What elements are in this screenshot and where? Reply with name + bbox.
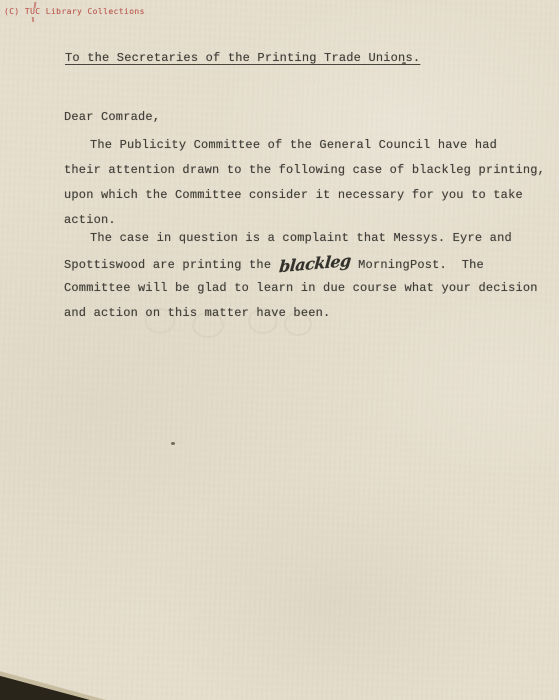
ghost-impression: [145, 308, 175, 334]
handwritten-insertion: blackleg: [279, 254, 352, 274]
paper-speck: [171, 442, 175, 445]
ghost-impression: [192, 312, 224, 338]
typed-text-before-insertion: Spottiswood are printing the: [64, 258, 271, 272]
letter-title: To the Secretaries of the Printing Trade…: [65, 51, 420, 65]
paragraph1-line3: upon which the Committee consider it nec…: [64, 188, 523, 202]
ghost-impression: [284, 312, 312, 336]
paragraph2-line2: Spottiswood are printing theblacklegMorn…: [64, 256, 484, 272]
paragraph1-line1: The Publicity Committee of the General C…: [64, 138, 497, 152]
paragraph1-line2: their attention drawn to the following c…: [64, 163, 545, 177]
scanned-letter-page: (C) TUC Library Collections To the Secre…: [0, 0, 559, 700]
paragraph1-line4: action.: [64, 213, 116, 227]
typed-text-after-insertion: MorningPost. The: [358, 258, 484, 272]
paper-speck: [402, 62, 406, 65]
paragraph2-line1: The case in question is a complaint that…: [64, 231, 512, 245]
library-watermark: (C) TUC Library Collections: [4, 7, 145, 16]
paragraph2-line3: Committee will be glad to learn in due c…: [64, 281, 538, 295]
ghost-impression: [248, 308, 278, 334]
salutation: Dear Comrade,: [64, 110, 160, 124]
red-ink-mark: [32, 17, 35, 22]
